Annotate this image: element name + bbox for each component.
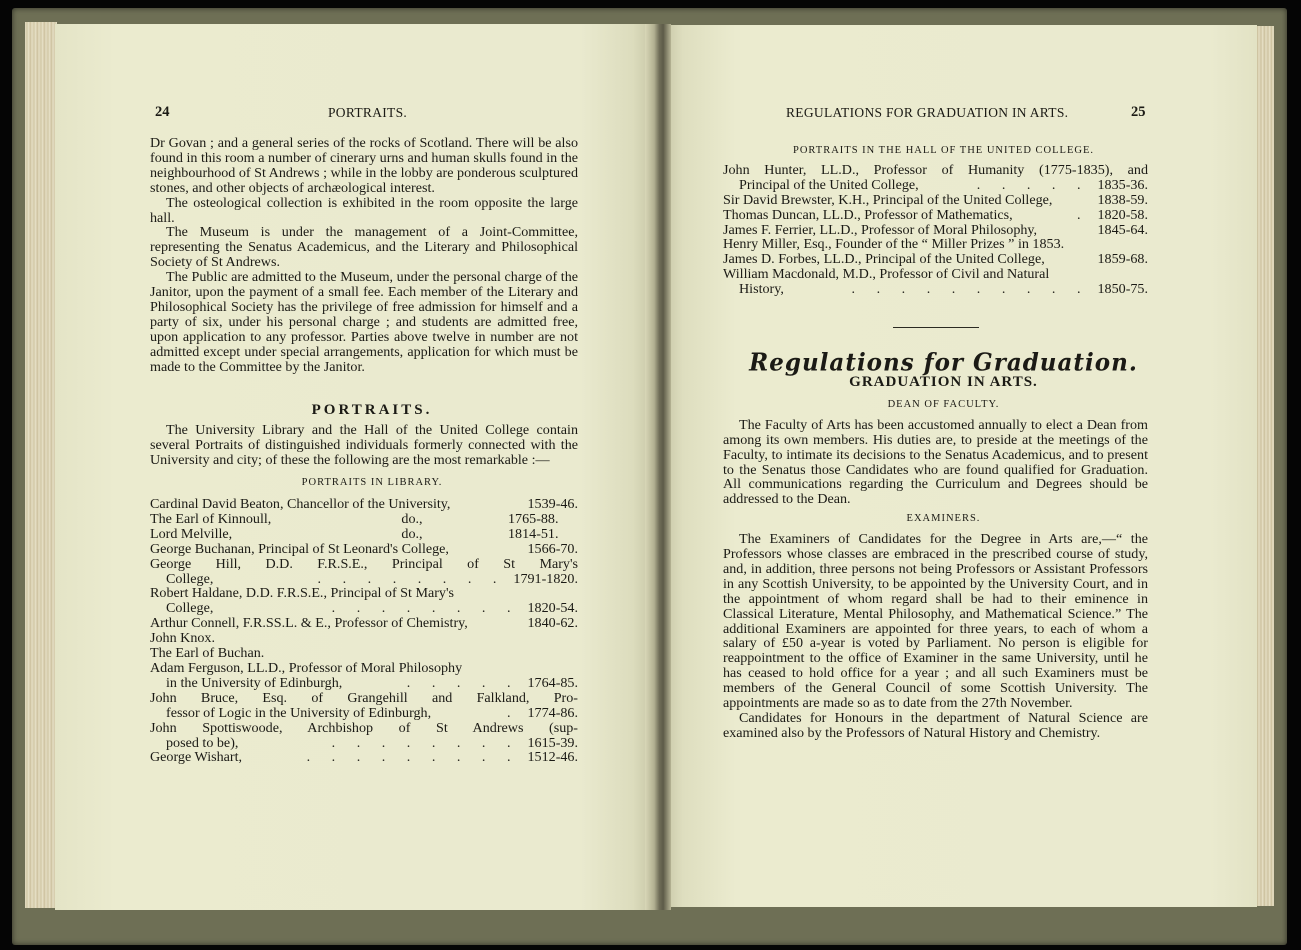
portrait-entry: Arthur Connell, F.R.SS.L. & E., Professo… — [150, 616, 578, 631]
portrait-entry-cont: History, . . . . . . . . . . 1850-75. — [723, 282, 1148, 297]
portrait-entry: Henry Miller, Esq., Founder of the “ Mil… — [723, 237, 1148, 252]
portrait-entry-cont: College, . . . . . . . . 1820-54. — [150, 601, 578, 616]
portrait-entry: The Earl of Kinnoull, do., 1765-88. — [150, 512, 578, 527]
museum-paragraph: The Museum is under the management of a … — [150, 225, 578, 270]
regulations-title: Regulations for Graduation. — [723, 356, 1148, 372]
portrait-entry: James D. Forbes, LL.D., Principal of the… — [723, 252, 1148, 267]
page-edges-left — [25, 22, 57, 908]
museum-paragraph: The osteological collection is exhibited… — [150, 196, 578, 226]
portrait-entry: The Earl of Buchan. — [150, 646, 578, 661]
portrait-entry: Adam Ferguson, LL.D., Professor of Moral… — [150, 661, 578, 676]
right-page-text: PORTRAITS IN THE HALL OF THE UNITED COLL… — [723, 144, 1148, 741]
left-page-text: Dr Govan ; and a general series of the r… — [150, 136, 578, 765]
portrait-entry: Cardinal David Beaton, Chancellor of the… — [150, 497, 578, 512]
running-head-right: REGULATIONS FOR GRADUATION IN ARTS. — [786, 105, 1068, 121]
portrait-entry-cont: fessor of Logic in the University of Edi… — [150, 706, 578, 721]
page-number-left: 24 — [155, 104, 170, 121]
portrait-entry: John Hunter, LL.D., Professor of Humanit… — [723, 163, 1148, 178]
portraits-heading: PORTRAITS. — [150, 403, 578, 418]
museum-paragraph: The Public are admitted to the Museum, u… — [150, 270, 578, 374]
library-subheading: PORTRAITS IN LIBRARY. — [150, 476, 578, 491]
portrait-entry: James F. Ferrier, LL.D., Professor of Mo… — [723, 223, 1148, 238]
examiners-subheading: EXAMINERS. — [723, 512, 1148, 527]
portraits-intro: The University Library and the Hall of t… — [150, 423, 578, 468]
portrait-entry: William Macdonald, M.D., Professor of Ci… — [723, 267, 1148, 282]
portrait-entry: John Knox. — [150, 631, 578, 646]
page-number-right: 25 — [1131, 104, 1146, 121]
library-portraits-list: Cardinal David Beaton, Chancellor of the… — [150, 497, 578, 765]
portrait-entry: Thomas Duncan, LL.D., Professor of Mathe… — [723, 208, 1148, 223]
hall-portraits-list: John Hunter, LL.D., Professor of Humanit… — [723, 163, 1148, 297]
portrait-entry-cont: Principal of the United College, . . . .… — [723, 178, 1148, 193]
portrait-entry: George Wishart, . . . . . . . . . 1512-4… — [150, 750, 578, 765]
portrait-entry: George Buchanan, Principal of St Leonard… — [150, 542, 578, 557]
hall-subheading: PORTRAITS IN THE HALL OF THE UNITED COLL… — [723, 144, 1148, 159]
portrait-entry: John Spottiswoode, Archbishop of St Andr… — [150, 721, 578, 736]
examiners-paragraph: The Examiners of Candidates for the Degr… — [723, 532, 1148, 711]
portrait-entry: Sir David Brewster, K.H., Principal of t… — [723, 193, 1148, 208]
portrait-entry-cont: in the University of Edinburgh, . . . . … — [150, 676, 578, 691]
portrait-entry-cont: posed to be), . . . . . . . . 1615-39. — [150, 736, 578, 751]
portrait-entry-cont: College, . . . . . . . . 1791-1820. — [150, 572, 578, 587]
museum-paragraph: Dr Govan ; and a general series of the r… — [150, 136, 578, 196]
dean-paragraph: The Faculty of Arts has been accustomed … — [723, 418, 1148, 507]
portrait-entry: Robert Haldane, D.D. F.R.S.E., Principal… — [150, 586, 578, 601]
examiners-paragraph: Candidates for Honours in the department… — [723, 711, 1148, 741]
portrait-entry: Lord Melville, do., 1814-51. — [150, 527, 578, 542]
portrait-entry: John Bruce, Esq. of Grangehill and Falkl… — [150, 691, 578, 706]
dean-subheading: DEAN OF FACULTY. — [723, 398, 1148, 413]
book-gutter — [645, 24, 671, 910]
portrait-entry: George Hill, D.D. F.R.S.E., Principal of… — [150, 557, 578, 572]
graduation-heading: GRADUATION IN ARTS. — [723, 375, 1148, 390]
running-head-left: PORTRAITS. — [328, 105, 407, 121]
